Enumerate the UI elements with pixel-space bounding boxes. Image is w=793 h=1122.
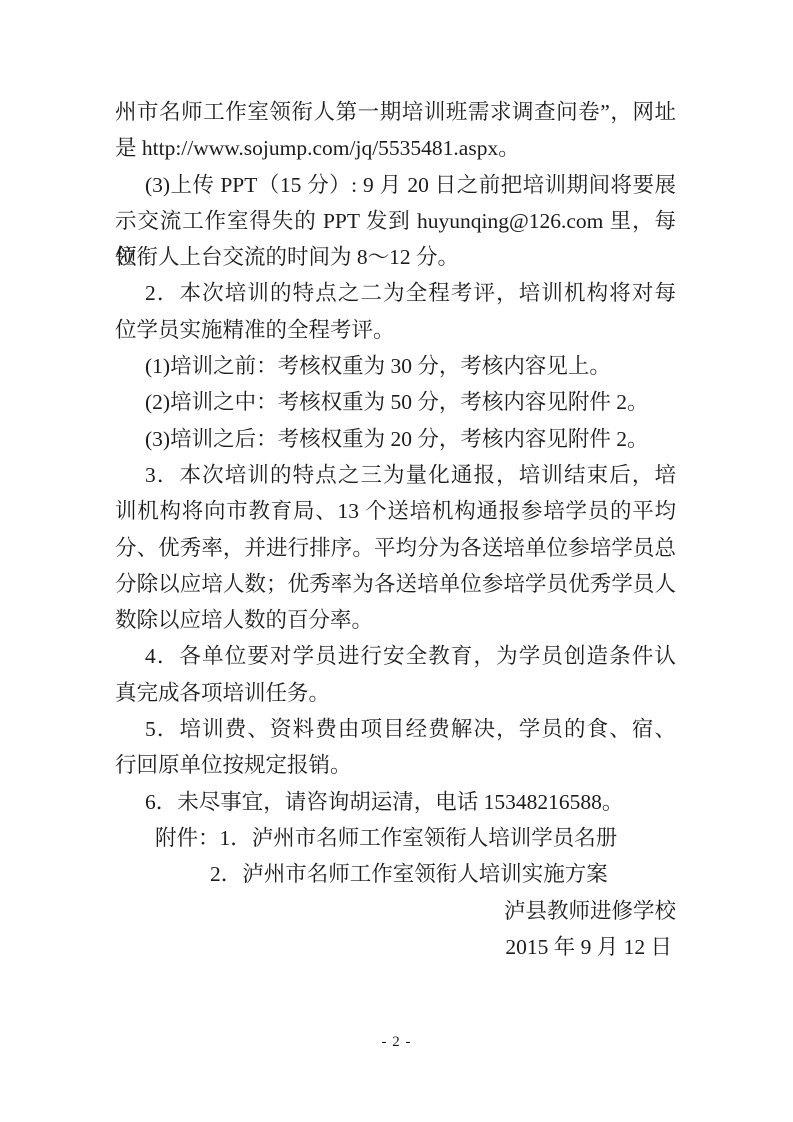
body-line: 示交流工作室得失的 PPT 发到 huyunqing@126.com 里，每位 bbox=[115, 203, 676, 239]
body-line: 2．本次培训的特点之二为全程考评，培训机构将对每 bbox=[115, 275, 676, 311]
body-line: 数除以应培人数的百分率。 bbox=[115, 602, 676, 638]
body-line: 训机构将向市教育局、13 个送培机构通报参培学员的平均 bbox=[115, 493, 676, 529]
body-line: (3)上传 PPT（15 分）: 9 月 20 日之前把培训期间将要展 bbox=[115, 167, 676, 203]
body-line: 6．未尽事宜，请咨询胡运清，电话 15348216588。 bbox=[115, 784, 676, 820]
body-line: 5．培训费、资料费由项目经费解决，学员的食、宿、 bbox=[115, 711, 676, 747]
body-line: (1)培训之前：考核权重为 30 分，考核内容见上。 bbox=[115, 348, 676, 384]
body-line: 州市名师工作室领衔人第一期培训班需求调查问卷”，网址 bbox=[115, 94, 676, 130]
document-page: 州市名师工作室领衔人第一期培训班需求调查问卷”，网址 是 http://www.… bbox=[0, 0, 793, 1122]
attachment-line: 2．泸州市名师工作室领衔人培训实施方案 bbox=[115, 856, 676, 892]
page-number: - 2 - bbox=[0, 1034, 793, 1051]
body-line: 3．本次培训的特点之三为量化通报，培训结束后，培 bbox=[115, 457, 676, 493]
body-line: 分除以应培人数；优秀率为各送培单位参培学员优秀学员人 bbox=[115, 566, 676, 602]
body-line: (3)培训之后：考核权重为 20 分，考核内容见附件 2。 bbox=[115, 421, 676, 457]
signature-org: 泸县教师进修学校 bbox=[115, 893, 676, 929]
body-line: 4．各单位要对学员进行安全教育，为学员创造条件认 bbox=[115, 638, 676, 674]
body-line: 分、优秀率，并进行排序。平均分为各送培单位参培学员总 bbox=[115, 530, 676, 566]
body-line: 行回原单位按规定报销。 bbox=[115, 747, 676, 783]
body-line: 是 http://www.sojump.com/jq/5535481.aspx。 bbox=[115, 130, 676, 166]
body-line: 领衔人上台交流的时间为 8～12 分。 bbox=[115, 239, 676, 275]
body-line: 位学员实施精准的全程考评。 bbox=[115, 312, 676, 348]
attachment-line: 附件：1．泸州市名师工作室领衔人培训学员名册 bbox=[115, 820, 676, 856]
document-body: 州市名师工作室领衔人第一期培训班需求调查问卷”，网址 是 http://www.… bbox=[115, 94, 676, 965]
signature-date: 2015 年 9 月 12 日 bbox=[115, 929, 676, 965]
body-line: 真完成各项培训任务。 bbox=[115, 675, 676, 711]
body-line: (2)培训之中：考核权重为 50 分，考核内容见附件 2。 bbox=[115, 384, 676, 420]
